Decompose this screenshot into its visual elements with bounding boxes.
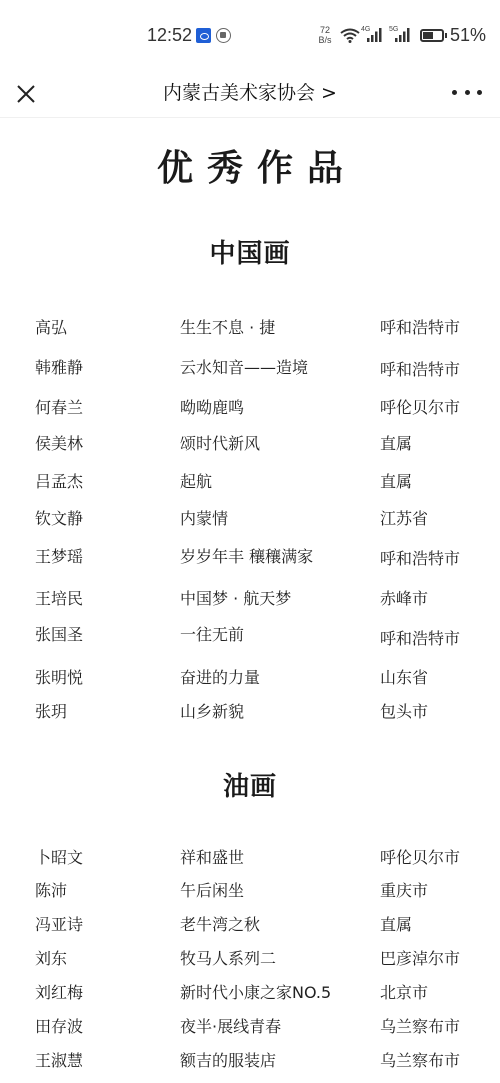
region: 呼伦贝尔市 — [380, 845, 460, 868]
artist-name: 侯美林 — [35, 431, 83, 454]
artist-name: 韩雅静 — [35, 355, 83, 378]
region: 呼和浩特市 — [380, 315, 460, 338]
region: 江苏省 — [380, 506, 428, 529]
region: 呼和浩特市 — [380, 546, 460, 569]
artist-name: 吕孟杰 — [35, 469, 83, 492]
work-title: 祥和盛世 — [180, 845, 244, 868]
table-row: 田存波 夜半·展线青春 乌兰察布市 — [0, 1014, 500, 1044]
work-title: 奋进的力量 — [180, 665, 260, 688]
artist-name: 何春兰 — [35, 395, 83, 418]
nav-bar: 内蒙古美术家协会 > — [0, 70, 500, 118]
region: 山东省 — [380, 665, 428, 688]
artist-name: 王梦瑶 — [35, 544, 83, 567]
table-row: 刘红梅 新时代小康之家NO.5 北京市 — [0, 980, 500, 1010]
status-bar: 12:52 72 B/s 4G 5G 51% — [0, 0, 500, 70]
battery-icon — [420, 29, 444, 42]
artist-name: 刘红梅 — [35, 980, 83, 1003]
work-title: 起航 — [180, 469, 212, 492]
table-row: 刘东 牧马人系列二 巴彦淖尔市 — [0, 946, 500, 976]
more-dot-icon — [452, 90, 457, 95]
table-row: 何春兰 呦呦鹿鸣 呼伦贝尔市 — [0, 395, 500, 425]
signal-strength-icon — [367, 28, 383, 42]
artist-name: 张玥 — [35, 699, 67, 722]
artist-name: 王培民 — [35, 586, 83, 609]
artist-name: 张国圣 — [35, 622, 83, 645]
work-title: 山乡新貌 — [180, 699, 244, 722]
more-dot-icon — [465, 90, 470, 95]
artist-name: 陈沛 — [35, 878, 67, 901]
work-title: 中国梦 · 航天梦 — [180, 586, 291, 609]
network-speed: 72 B/s — [315, 25, 335, 45]
work-title: 颂时代新风 — [180, 431, 260, 454]
artist-name: 高弘 — [35, 315, 67, 338]
region: 直属 — [380, 431, 412, 454]
table-row: 张明悦 奋进的力量 山东省 — [0, 665, 500, 695]
artist-name: 刘东 — [35, 946, 67, 969]
region: 乌兰察布市 — [380, 1048, 460, 1071]
page-title: 优秀作品 — [0, 140, 500, 191]
more-dot-icon — [477, 90, 482, 95]
artist-name: 卜昭文 — [35, 845, 83, 868]
work-title: 岁岁年丰 穰穰满家 — [180, 544, 313, 567]
table-row: 王培民 中国梦 · 航天梦 赤峰市 — [0, 586, 500, 616]
work-title: 额吉的服装店 — [180, 1048, 276, 1071]
signal-strength-icon — [395, 28, 411, 42]
region: 呼伦贝尔市 — [380, 395, 460, 418]
network-speed-value: 72 — [315, 25, 335, 35]
table-row: 吕孟杰 起航 直属 — [0, 469, 500, 499]
account-name-link[interactable]: 内蒙古美术家协会 > — [0, 78, 500, 105]
artist-name: 王淑慧 — [35, 1048, 83, 1071]
region: 乌兰察布市 — [380, 1014, 460, 1037]
table-row: 陈沛 午后闲坐 重庆市 — [0, 878, 500, 908]
artist-name: 钦文静 — [35, 506, 83, 529]
region: 呼和浩特市 — [380, 626, 460, 649]
app-notification-icon — [196, 28, 211, 43]
region: 巴彦淖尔市 — [380, 946, 460, 969]
table-row: 张国圣 一往无前 呼和浩特市 — [0, 622, 500, 652]
more-options-button[interactable] — [452, 78, 482, 106]
table-row: 张玥 山乡新貌 包头市 — [0, 699, 500, 729]
security-notification-icon — [216, 28, 231, 43]
table-row: 侯美林 颂时代新风 直属 — [0, 431, 500, 461]
work-title: 内蒙情 — [180, 506, 228, 529]
wifi-icon — [340, 28, 360, 43]
section-title-chinese-painting: 中国画 — [0, 233, 500, 270]
table-row: 卜昭文 祥和盛世 呼伦贝尔市 — [0, 845, 500, 875]
artist-name: 田存波 — [35, 1014, 83, 1037]
work-title: 新时代小康之家NO.5 — [180, 980, 331, 1003]
region: 重庆市 — [380, 878, 428, 901]
status-time: 12:52 — [147, 25, 192, 46]
network-speed-unit: B/s — [315, 35, 335, 45]
artist-name: 冯亚诗 — [35, 912, 83, 935]
work-title: 生生不息 · 捷 — [180, 315, 275, 338]
region: 北京市 — [380, 980, 428, 1003]
region: 呼和浩特市 — [380, 357, 460, 380]
work-title: 老牛湾之秋 — [180, 912, 260, 935]
table-row: 冯亚诗 老牛湾之秋 直属 — [0, 912, 500, 942]
region: 直属 — [380, 912, 412, 935]
region: 包头市 — [380, 699, 428, 722]
work-title: 午后闲坐 — [180, 878, 244, 901]
artist-name: 张明悦 — [35, 665, 83, 688]
table-row: 韩雅静 云水知音——造境 呼和浩特市 — [0, 355, 500, 385]
battery-percent: 51% — [450, 25, 486, 46]
section-title-oil-painting: 油画 — [0, 766, 500, 803]
table-row: 王梦瑶 岁岁年丰 穰穰满家 呼和浩特市 — [0, 544, 500, 574]
table-row: 高弘 生生不息 · 捷 呼和浩特市 — [0, 315, 500, 345]
region: 直属 — [380, 469, 412, 492]
work-title: 夜半·展线青春 — [180, 1014, 281, 1037]
table-row: 王淑慧 额吉的服装店 乌兰察布市 — [0, 1048, 500, 1078]
work-title: 一往无前 — [180, 622, 244, 645]
work-title: 牧马人系列二 — [180, 946, 276, 969]
table-row: 钦文静 内蒙情 江苏省 — [0, 506, 500, 536]
region: 赤峰市 — [380, 586, 428, 609]
work-title: 云水知音——造境 — [180, 355, 308, 378]
work-title: 呦呦鹿鸣 — [180, 395, 244, 418]
